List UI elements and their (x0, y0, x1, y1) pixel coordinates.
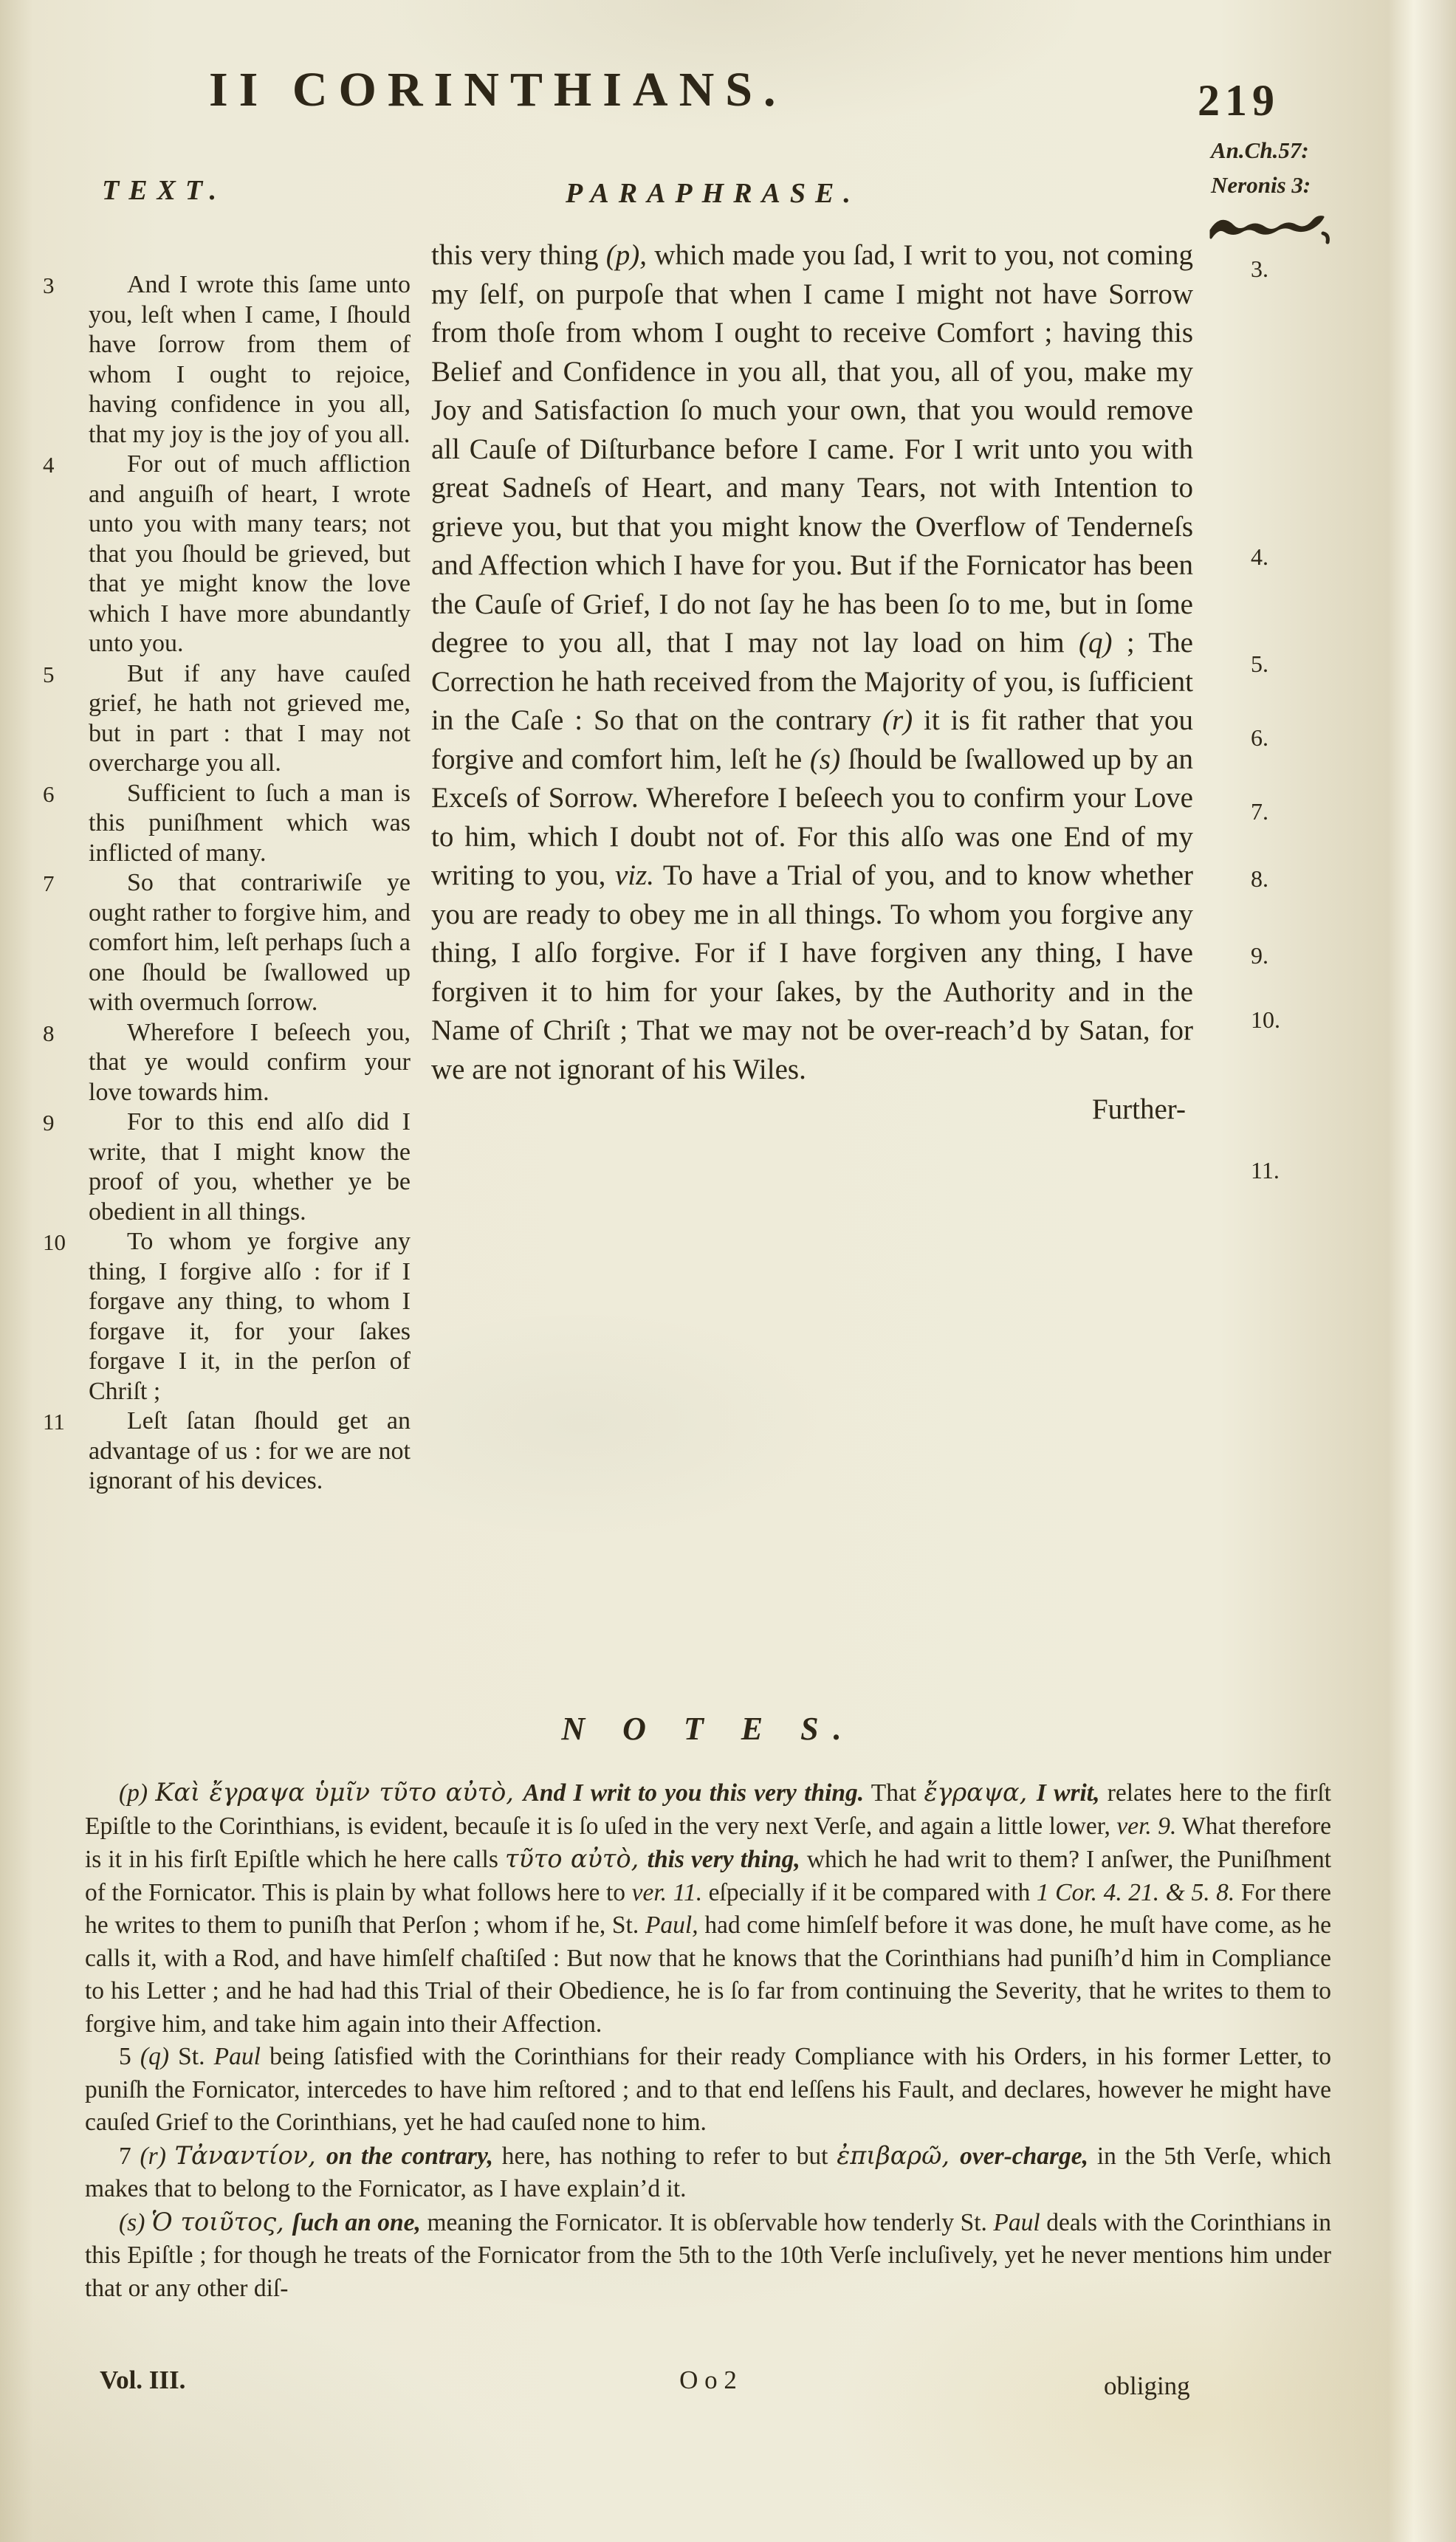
note-label: (s) (119, 2209, 151, 2236)
note-text: here, has nothing to refer to but (493, 2143, 837, 2170)
note-s: (s) Ὁ τοιῦτος, ſuch an one, meaning the … (85, 2206, 1331, 2306)
verse-ref: ver. 9. (1116, 1813, 1176, 1840)
margin-date-line2: Neronis 3: (1211, 168, 1432, 202)
translation: over-charge, (960, 2143, 1088, 2170)
margin-verse-8: 8. (1251, 865, 1268, 893)
greek-phrase: Ὁ τοιῦτος, (151, 2208, 292, 2236)
note-text: being ſatisfied with the Corinthians for… (85, 2043, 1331, 2136)
verse-number: 10 (43, 1228, 66, 1258)
book-page-scan: II CORINTHIANS. 219 An.Ch.57: Neronis 3:… (0, 0, 1456, 2542)
note-ref-r: (r) (882, 704, 913, 736)
verse-text: Wherefore I beſeech you, that ye would c… (89, 1019, 411, 1106)
verse-number: 3 (43, 271, 55, 301)
margin-date-line1: An.Ch.57: (1211, 133, 1432, 168)
note-label: (q) (140, 2043, 169, 2070)
page-number: 219 (1198, 75, 1280, 126)
margin-date-annotation: An.Ch.57: Neronis 3: (1211, 133, 1432, 202)
footer-catchword: obliging (1104, 2371, 1190, 2401)
verse-number: 8 (43, 1019, 55, 1049)
translation: ſuch an one, (292, 2209, 421, 2236)
verse-text: For to this end alſo did I write, that I… (89, 1108, 411, 1226)
translation: on the contrary, (326, 2143, 493, 2170)
margin-verse-11: 11. (1251, 1157, 1280, 1184)
verse-text: And I wrote this ſame unto you, leſt whe… (89, 271, 411, 448)
verse-ref: ver. 11. (632, 1879, 702, 1906)
margin-verse-7: 7. (1251, 798, 1268, 825)
name-paul: Paul (214, 2043, 261, 2070)
paraphrase-column: this very thing (p), which made you ſad,… (431, 236, 1193, 1130)
greek-phrase: τῦτο αὐτὸ, (505, 1844, 648, 1873)
verse-ref: 7 (119, 2143, 140, 2170)
verse-3: 3And I wrote this ſame unto you, leſt wh… (89, 270, 411, 450)
verse-10: 10To whom ye forgive any thing, I forgiv… (89, 1227, 411, 1406)
paraphrase-column-heading: PARAPHRASE. (566, 177, 860, 210)
note-q: 5 (q) St. Paul being ſatisfied with the … (85, 2041, 1331, 2140)
translation: And I writ to you this very thing. (523, 1779, 864, 1807)
paraphrase-viz: viz. (615, 859, 654, 891)
notes-section: (p) Καὶ ἔγραψα ὑμῖν τῦτο αὐτὸ, And I wri… (85, 1776, 1331, 2305)
page-title: II CORINTHIANS. (209, 62, 786, 118)
verse-8: 8Wherefore I beſeech you, that ye would … (89, 1018, 411, 1108)
note-text: eſpecially if it be compared with (702, 1879, 1037, 1906)
verse-9: 9For to this end alſo did I write, that … (89, 1107, 411, 1227)
paraphrase-run: this very thing (431, 239, 606, 271)
note-ref-p: (p), (606, 239, 647, 271)
note-text: That (864, 1779, 924, 1807)
page-footer: Vol. III. O o 2 obliging (85, 2366, 1331, 2410)
verse-number: 5 (43, 660, 55, 690)
verse-text: To whom ye forgive any thing, I forgive … (89, 1228, 411, 1405)
note-ref-s: (s) (810, 743, 840, 775)
greek-phrase: ἐπιβαρῶ, (837, 2141, 960, 2170)
greek-phrase: Τἀναντίον, (175, 2141, 326, 2170)
flourish-squiggle-icon (1206, 208, 1339, 250)
verse-11: 11Leſt ſatan ſhould get an advantage of … (89, 1406, 411, 1497)
scripture-ref: 1 Cor. 4. 21. & 5. 8. (1037, 1879, 1234, 1906)
verse-number: 6 (43, 780, 55, 810)
paraphrase-run: which made you ſad, I writ to you, not c… (431, 239, 1193, 659)
note-r: 7 (r) Τἀναντίον, on the contrary, here, … (85, 2140, 1331, 2206)
margin-verse-5: 5. (1251, 650, 1268, 678)
note-text: St. (169, 2043, 214, 2070)
verse-ref: 5 (119, 2043, 140, 2070)
verse-number: 11 (43, 1407, 65, 1437)
margin-verse-10: 10. (1251, 1006, 1280, 1034)
verse-text: But if any have cauſed grief, he hath no… (89, 660, 411, 777)
verse-5: 5But if any have cauſed grief, he hath n… (89, 659, 411, 779)
verse-text: Sufficient to ſuch a man is this puniſhm… (89, 780, 411, 867)
verse-text: For out of much affliction and anguiſh o… (89, 450, 411, 657)
verse-7: 7So that contrariwiſe ye ought rather to… (89, 868, 411, 1018)
note-ref-q: (q) (1079, 627, 1112, 659)
verse-text: Leſt ſatan ſhould get an advantage of us… (89, 1407, 411, 1494)
note-label: (p) (119, 1779, 155, 1807)
text-column-heading: TEXT. (102, 174, 226, 207)
greek-phrase: Καὶ ἔγραψα ὑμῖν τῦτο αὐτὸ, (155, 1778, 523, 1807)
margin-verse-4: 4. (1251, 543, 1268, 571)
verse-4: 4For out of much affliction and anguiſh … (89, 450, 411, 659)
verse-number: 9 (43, 1108, 55, 1138)
note-p: (p) Καὶ ἔγραψα ὑμῖν τῦτο αὐτὸ, And I wri… (85, 1776, 1331, 2041)
text-column: 3And I wrote this ſame unto you, leſt wh… (89, 270, 411, 1497)
note-text: meaning the Fornicator. It is obſervable… (421, 2209, 994, 2236)
greek-phrase: ἔγραψα, (924, 1778, 1036, 1807)
note-label: (r) (140, 2143, 175, 2170)
translation: I writ, (1037, 1779, 1100, 1807)
margin-verse-9: 9. (1251, 942, 1268, 969)
name-paul: Paul (993, 2209, 1040, 2236)
notes-heading: N O T E S. (85, 1710, 1333, 1748)
name-paul: Paul, (645, 1911, 698, 1939)
verse-number: 4 (43, 450, 55, 481)
translation: this very thing, (648, 1846, 800, 1873)
paraphrase-body: this very thing (p), which made you ſad,… (431, 236, 1193, 1089)
paraphrase-run: To have a Trial of you, and to know whet… (431, 859, 1193, 1085)
verse-number: 7 (43, 869, 55, 899)
verse-text: So that contrariwiſe ye ought rather to … (89, 869, 411, 1016)
margin-verse-6: 6. (1251, 724, 1268, 752)
margin-verse-3: 3. (1251, 255, 1268, 283)
verse-6: 6Sufficient to ſuch a man is this puniſh… (89, 779, 411, 869)
paraphrase-catchword: Further- (431, 1090, 1193, 1130)
